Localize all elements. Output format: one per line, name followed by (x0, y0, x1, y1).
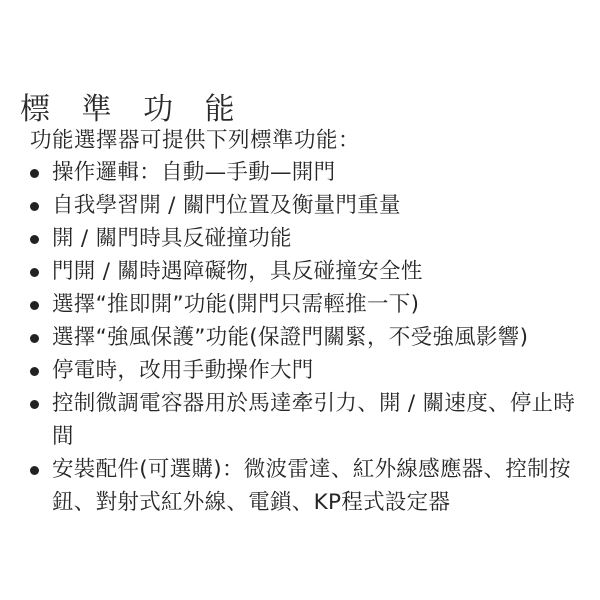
bullet-icon (30, 367, 39, 376)
list-item: 門開 / 關時遇障礙物，具反碰撞安全性 (30, 255, 595, 288)
bullet-icon (30, 235, 39, 244)
list-item-text: 開 / 關門時具反碰撞功能 (52, 226, 292, 251)
list-item: 控制微調電容器用於馬達牽引力、開 / 關速度、停止時間 (30, 387, 595, 453)
list-item: 自我學習開 / 關門位置及衡量門重量 (30, 189, 595, 222)
list-item-text: 選擇“強風保護”功能(保證門關緊，不受強風影響) (52, 325, 528, 350)
list-item-text: 自我學習開 / 關門位置及衡量門重量 (52, 193, 401, 218)
bullet-icon (30, 301, 39, 310)
list-item-text: 門開 / 關時遇障礙物，具反碰撞安全性 (52, 259, 423, 284)
bullet-icon (30, 334, 39, 343)
list-item: 選擇“強風保護”功能(保證門關緊，不受強風影響) (30, 321, 595, 354)
bullet-icon (30, 202, 39, 211)
list-item: 操作邏輯：自動—手動—開門 (30, 156, 595, 189)
bullet-icon (30, 268, 39, 277)
section-title: 標 準 功 能 (20, 84, 246, 128)
list-item: 安裝配件(可選購)：微波雷達、紅外線感應器、控制按鈕、對射式紅外線、電鎖、KP程… (30, 453, 595, 519)
list-item-text: 停電時，改用手動操作大門 (52, 358, 314, 383)
bullet-icon (30, 169, 39, 178)
list-item: 開 / 關門時具反碰撞功能 (30, 222, 595, 255)
intro-text: 功能選擇器可提供下列標準功能： (30, 123, 360, 154)
list-item: 停電時，改用手動操作大門 (30, 354, 595, 387)
bullet-icon (30, 400, 39, 409)
bullet-icon (30, 466, 39, 475)
list-item-text: 選擇“推即開”功能(開門只需輕推一下) (52, 292, 419, 317)
feature-list: 操作邏輯：自動—手動—開門 自我學習開 / 關門位置及衡量門重量 開 / 關門時… (30, 156, 595, 519)
list-item-text: 安裝配件(可選購)：微波雷達、紅外線感應器、控制按鈕、對射式紅外線、電鎖、KP程… (52, 457, 571, 515)
list-item-text: 操作邏輯：自動—手動—開門 (52, 160, 335, 185)
list-item: 選擇“推即開”功能(開門只需輕推一下) (30, 288, 595, 321)
list-item-text: 控制微調電容器用於馬達牽引力、開 / 關速度、停止時間 (52, 391, 575, 449)
